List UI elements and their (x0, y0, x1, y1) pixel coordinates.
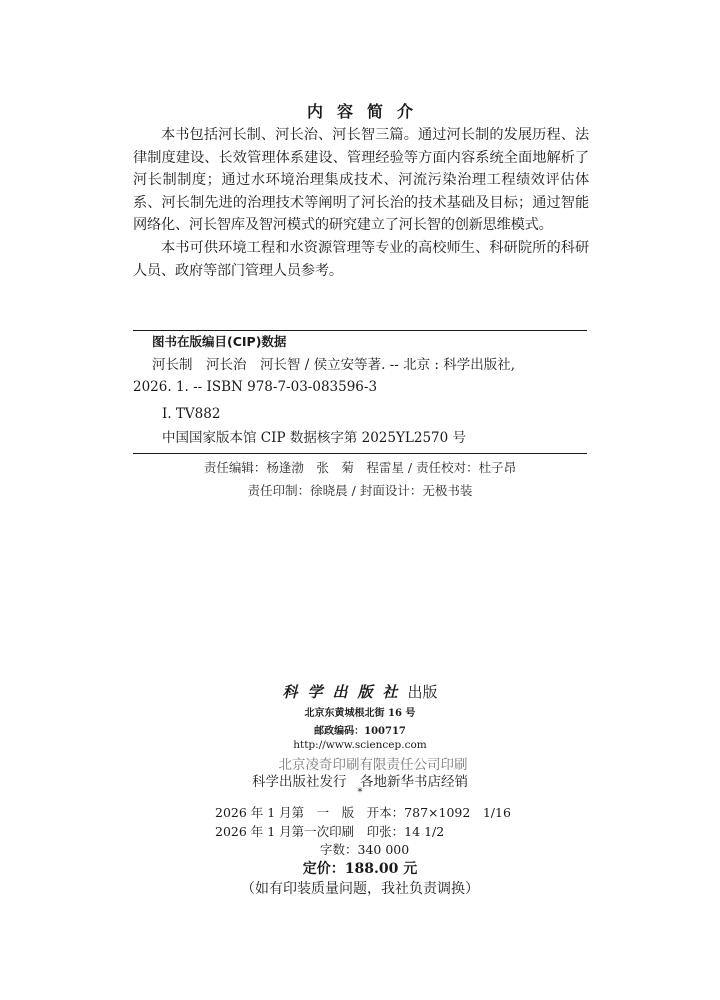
publisher-address: 北京东黄城根北街 16 号 (0, 704, 720, 719)
publisher-suffix: 出版 (408, 683, 438, 701)
staff-production: 责任印制：徐晓晨 / 封面设计：无极书装 (0, 481, 720, 501)
intro-paragraph-1: 本书包括河长制、河长治、河长智三篇。通过河长制的发展历程、法律制度建设、长效管理… (133, 124, 589, 237)
cip-classification: Ⅰ. TV882 (162, 404, 220, 424)
separator-asterisk: * (0, 787, 720, 798)
publisher-logo: 科学出版社 (282, 683, 407, 701)
publisher-postcode: 邮政编码：100717 (0, 722, 720, 737)
edition-line: 2026 年 1 月第 一 版 开本：787×1092 1/16 (215, 803, 511, 821)
publisher-url: http://www.sciencep.com (0, 739, 720, 751)
cip-isbn-line: 2026. 1. -- ISBN 978-7-03-083596-3 (133, 377, 377, 397)
printing-line: 2026 年 1 月第一次印刷 印张：14 1/2 (215, 822, 444, 840)
quality-note: （如有印装质量问题，我社负责调换） (0, 878, 720, 898)
cip-top-rule (133, 330, 587, 331)
cip-heading: 图书在版编目(CIP)数据 (152, 332, 286, 352)
intro-paragraph-2: 本书可供环境工程和水资源管理等专业的高校师生、科研院所的科研人员、政府等部门管理… (133, 237, 589, 282)
cip-title-line: 河长制 河长治 河长智 / 侯立安等著. -- 北京 : 科学出版社, (152, 355, 515, 375)
intro-title: 内容简介 (0, 99, 720, 122)
cip-bottom-rule (133, 453, 587, 454)
cip-record-number: 中国国家版本馆 CIP 数据核字第 2025YL2570 号 (162, 428, 466, 448)
word-count: 字数：340 000 (320, 840, 409, 858)
staff-editors: 责任编辑：杨逢渤 张 菊 程雷星 / 责任校对：杜子昂 (0, 458, 720, 478)
price: 定价：188.00 元 (0, 858, 720, 878)
publisher-line: 科学出版社出版 (0, 681, 720, 702)
